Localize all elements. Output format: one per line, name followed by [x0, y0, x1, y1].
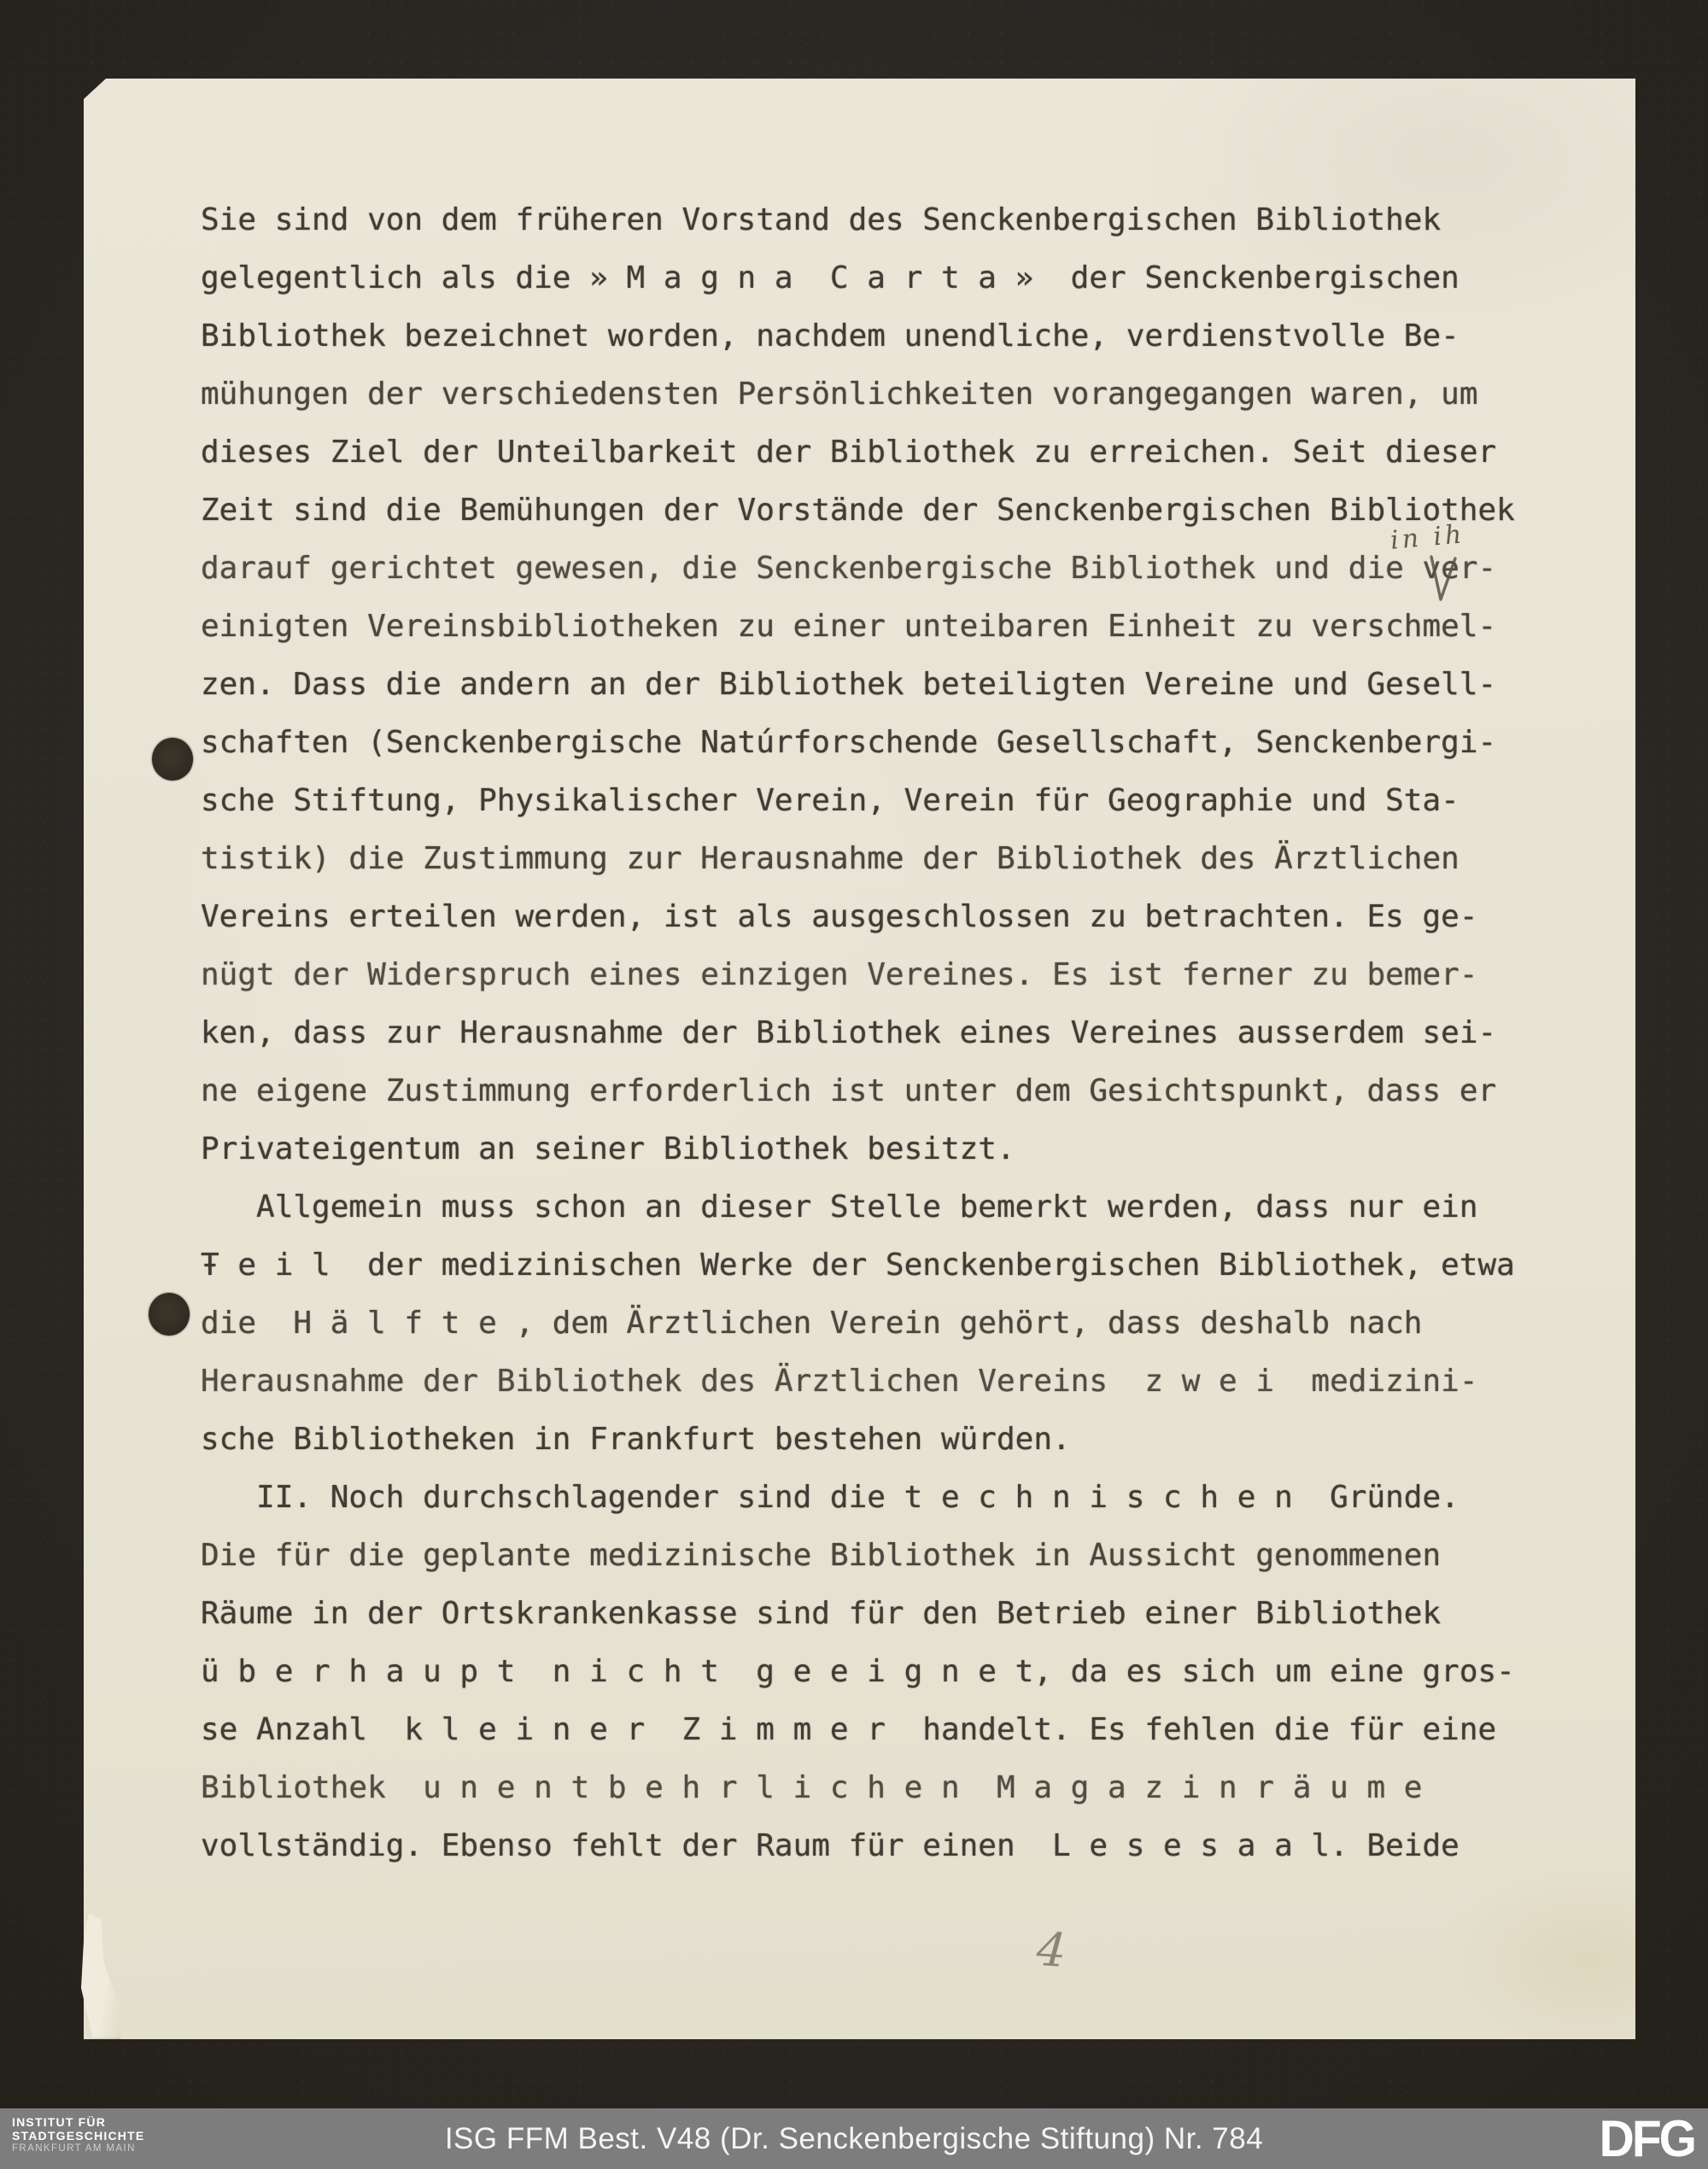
- typewritten-line: Bibliothek bezeichnet worden, nachdem un…: [201, 307, 1515, 365]
- typewritten-line: nügt der Widerspruch eines einzigen Vere…: [201, 946, 1515, 1004]
- typewritten-line: mühungen der verschiedensten Persönlichk…: [201, 365, 1515, 424]
- institute-logo: INSTITUT FÜR STADTGESCHICHTE FRANKFURT A…: [12, 2115, 144, 2154]
- typewritten-line: ü b e r h a u p t n i c h t g e e i g n …: [201, 1643, 1515, 1701]
- typewritten-line: ne eigene Zustimmung erforderlich ist un…: [201, 1062, 1515, 1120]
- dfg-logo: DFG: [1600, 2109, 1694, 2169]
- typewritten-line: dieses Ziel der Unteilbarkeit der Biblio…: [201, 424, 1515, 482]
- typewritten-line: Herausnahme der Bibliothek des Ärztliche…: [201, 1353, 1515, 1411]
- typewritten-line: Privateigentum an seiner Bibliothek besi…: [201, 1120, 1515, 1178]
- typewritten-line: Die für die geplante medizinische Biblio…: [201, 1527, 1515, 1585]
- typewritten-line: Räume in der Ortskrankenkasse sind für d…: [201, 1585, 1515, 1643]
- typewritten-line: ken, dass zur Herausnahme der Bibliothek…: [201, 1004, 1515, 1062]
- typewritten-line: die H ä l f t e , dem Ärztlichen Verein …: [201, 1295, 1515, 1353]
- typewritten-line: Vereins erteilen werden, ist als ausgesc…: [201, 888, 1515, 946]
- typewritten-line: Ŧ e i l der medizinischen Werke der Senc…: [201, 1237, 1515, 1295]
- punch-hole-bottom: [149, 1293, 190, 1336]
- typewritten-line: Sie sind von dem früheren Vorstand des S…: [201, 191, 1515, 249]
- typewritten-line: Allgemein muss schon an dieser Stelle be…: [201, 1178, 1515, 1237]
- typewritten-line: vollständig. Ebenso fehlt der Raum für e…: [201, 1817, 1515, 1875]
- typewritten-line: Zeit sind die Bemühungen der Vorstände d…: [201, 482, 1515, 540]
- typewritten-line: einigten Vereinsbibliotheken zu einer un…: [201, 598, 1515, 656]
- insertion-caret-icon: [1424, 553, 1462, 606]
- typewritten-line: sche Bibliotheken in Frankfurt bestehen …: [201, 1411, 1515, 1469]
- typewritten-line: darauf gerichtet gewesen, die Senckenber…: [201, 540, 1515, 598]
- typewritten-line: tistik) die Zustimmung zur Herausnahme d…: [201, 830, 1515, 888]
- pencil-page-number: 4: [1035, 1922, 1068, 1978]
- typewritten-line: schaften (Senckenbergische Natúrforschen…: [201, 714, 1515, 772]
- typewritten-line: gelegentlich als die » M a g n a C a r t…: [201, 249, 1515, 307]
- archive-reference: ISG FFM Best. V48 (Dr. Senckenbergische …: [445, 2122, 1263, 2156]
- typewritten-line: sche Stiftung, Physikalischer Verein, Ve…: [201, 772, 1515, 830]
- typewritten-text: Sie sind von dem früheren Vorstand des S…: [201, 191, 1515, 1875]
- institute-city: FRANKFURT AM MAIN: [12, 2143, 144, 2154]
- typewritten-line: II. Noch durchschlagender sind die t e c…: [201, 1469, 1515, 1527]
- institute-name-line1: INSTITUT FÜR: [12, 2115, 144, 2129]
- typewritten-line: Bibliothek u n e n t b e h r l i c h e n…: [201, 1759, 1515, 1817]
- typewritten-line: se Anzahl k l e i n e r Z i m m e r hand…: [201, 1701, 1515, 1759]
- typewritten-line: zen. Dass die andern an der Bibliothek b…: [201, 656, 1515, 714]
- institute-name-line2: STADTGESCHICHTE: [12, 2129, 144, 2143]
- footer-bar: INSTITUT FÜR STADTGESCHICHTE FRANKFURT A…: [0, 2108, 1708, 2169]
- punch-hole-top: [152, 738, 193, 780]
- archival-scan-page: Sie sind von dem früheren Vorstand des S…: [0, 0, 1708, 2169]
